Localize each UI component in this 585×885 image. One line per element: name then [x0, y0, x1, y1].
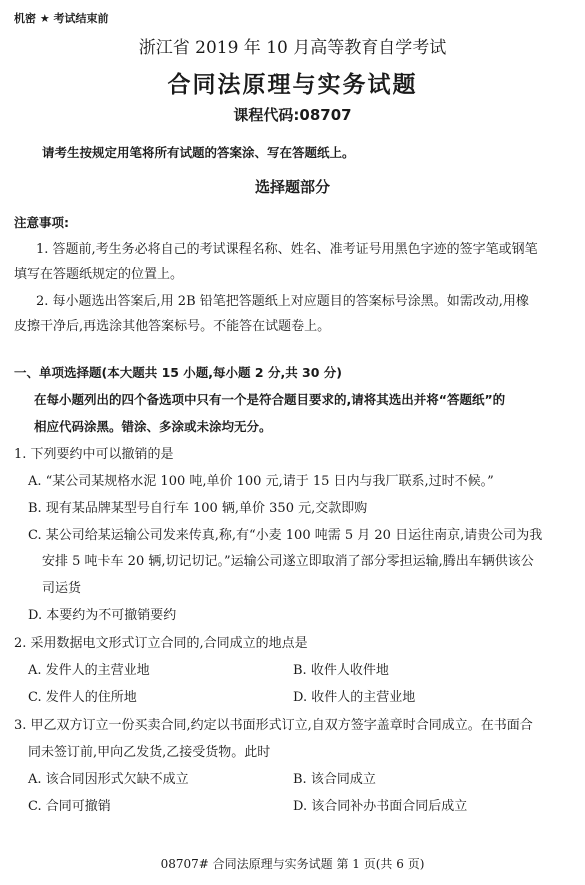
exam-line: 浙江省 2019 年 10 月高等教育自学考试: [0, 33, 585, 58]
question-option: C. 合同可撤销: [28, 795, 111, 814]
question-option: A. 发件人的主营业地: [28, 659, 150, 678]
instruction: 请考生按规定用笔将所有试题的答案涂、写在答题纸上。: [42, 143, 355, 161]
question-option: C. 发件人的住所地: [28, 686, 137, 705]
part-one-desc: 相应代码涂黑。错涂、多涂或未涂均无分。: [34, 417, 272, 435]
confidential-label: 机密 ★ 考试结束前: [14, 10, 109, 26]
notes-heading: 注意事项:: [14, 213, 69, 231]
question-option: B. 现有某品牌某型号自行车 100 辆,单价 350 元,交款即购: [28, 497, 367, 516]
course-code: 课程代码:08707: [0, 104, 585, 125]
question-option: A. 该合同因形式欠缺不成立: [28, 768, 189, 787]
question-option: D. 收件人的主营业地: [293, 686, 415, 705]
part-one-heading: 一、单项选择题(本大题共 15 小题,每小题 2 分,共 30 分): [14, 363, 342, 381]
note-item: 皮擦干净后,再选涂其他答案标号。不能答在试题卷上。: [14, 315, 330, 334]
question-option-cont: 司运货: [42, 577, 81, 596]
question-stem: 1. 下列要约中可以撤销的是: [14, 443, 174, 462]
question-option: A. “某公司某规格水泥 100 吨,单价 100 元,请于 15 日内与我厂联…: [28, 470, 494, 489]
page-footer: 08707# 合同法原理与实务试题 第 1 页(共 6 页): [0, 855, 585, 872]
question-option: B. 该合同成立: [293, 768, 376, 787]
section-title: 选择题部分: [0, 176, 585, 197]
question-option: C. 某公司给某运输公司发来传真,称,有“小麦 100 吨需 5 月 20 日运…: [28, 524, 542, 543]
part-one-desc: 在每小题列出的四个备选项中只有一个是符合题目要求的,请将其选出并将“答题纸”的: [34, 390, 505, 408]
page-title: 合同法原理与实务试题: [0, 66, 585, 99]
note-item: 2. 每小题选出答案后,用 2B 铅笔把答题纸上对应题目的答案标号涂黑。如需改动…: [36, 290, 529, 309]
question-option-cont: 安排 5 吨卡车 20 辆,切记切记。”运输公司遂立即取消了部分零担运输,腾出车…: [42, 550, 534, 569]
note-item: 1. 答题前,考生务必将自己的考试课程名称、姓名、准考证号用黑色字迹的签字笔或钢…: [36, 238, 538, 257]
question-option: D. 该合同补办书面合同后成立: [293, 795, 467, 814]
question-option: B. 收件人收件地: [293, 659, 389, 678]
question-stem: 2. 采用数据电文形式订立合同的,合同成立的地点是: [14, 632, 308, 651]
question-option: D. 本要约为不可撤销要约: [28, 604, 176, 623]
question-stem-cont: 同未签订前,甲向乙发货,乙接受货物。此时: [28, 741, 270, 760]
note-item: 填写在答题纸规定的位置上。: [14, 263, 183, 282]
question-stem: 3. 甲乙双方订立一份买卖合同,约定以书面形式订立,自双方签字盖章时合同成立。在…: [14, 714, 533, 733]
